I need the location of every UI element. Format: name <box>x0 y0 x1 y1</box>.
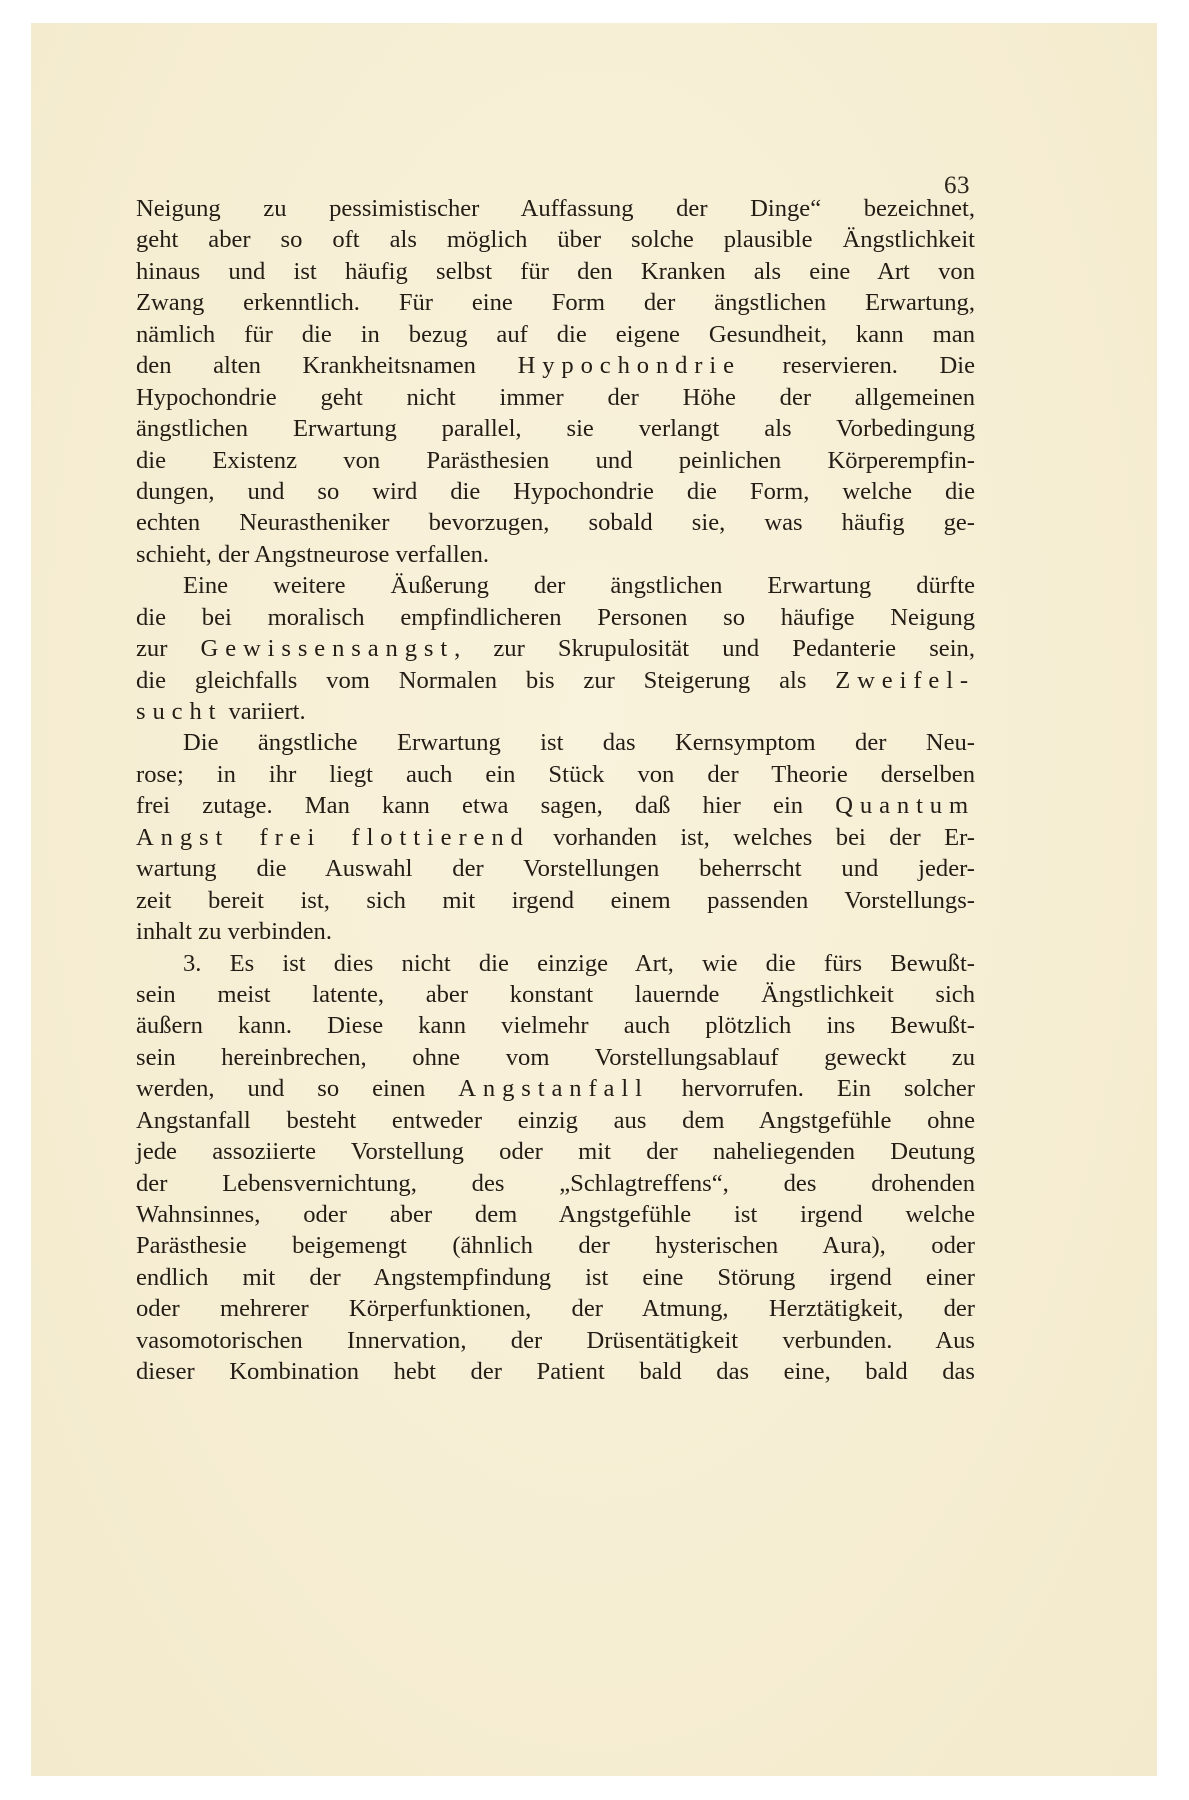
paragraph-4: 3. Es ist dies nicht die einzige Art, wi… <box>136 948 975 1388</box>
text-line: inhalt zu verbinden. <box>136 916 975 947</box>
paragraph-3: Die ängstliche Erwartung ist das Kernsym… <box>136 727 975 947</box>
emphasized-term: Hypochondrie <box>518 352 741 379</box>
text-line: nämlich für die in bezug auf die eigene … <box>136 319 975 350</box>
body-text: Neigung zu pessimistischer Auffassung de… <box>136 193 975 1388</box>
book-page: 63 Neigung zu pessimistischer Auffassung… <box>31 23 1157 1776</box>
paragraph-1: Neigung zu pessimistischer Auffassung de… <box>136 193 975 570</box>
text-line: geht aber so oft als möglich über solche… <box>136 224 975 255</box>
text-line: Die ängstliche Erwartung ist das Kernsym… <box>136 727 975 758</box>
text-line: der Lebensvernichtung, des „Schlagtreffe… <box>136 1168 975 1199</box>
text-run: vorhanden ist, welches bei der Er- <box>530 824 975 851</box>
text-run: reservieren. Die <box>741 352 975 379</box>
text-run: werden, und so einen <box>136 1075 458 1102</box>
text-line: werden, und so einen Angstanfall hervorr… <box>136 1073 975 1104</box>
text-line: echten Neurastheniker bevorzugen, sobald… <box>136 507 975 538</box>
paragraph-2: Eine weitere Äußerung der ängstlichen Er… <box>136 570 975 727</box>
text-line: Eine weitere Äußerung der ängstlichen Er… <box>136 570 975 601</box>
emphasized-term: Quantum <box>835 792 975 819</box>
text-line: sein meist latente, aber konstant lauern… <box>136 979 975 1010</box>
text-line: Wahnsinnes, oder aber dem Angstgefühle i… <box>136 1199 975 1230</box>
text-line: oder mehrerer Körperfunktionen, der Atmu… <box>136 1293 975 1324</box>
emphasized-term: Gewissensangst <box>201 635 455 662</box>
text-line: Neigung zu pessimistischer Auffassung de… <box>136 193 975 224</box>
text-line: Angstanfall besteht entweder einzig aus … <box>136 1105 975 1136</box>
text-line: äußern kann. Diese kann vielmehr auch pl… <box>136 1010 975 1041</box>
text-run: zur <box>136 635 201 662</box>
text-line: rose; in ihr liegt auch ein Stück von de… <box>136 759 975 790</box>
text-line: zeit bereit ist, sich mit irgend einem p… <box>136 885 975 916</box>
text-line: Hypochondrie geht nicht immer der Höhe d… <box>136 382 975 413</box>
text-run: frei zutage. Man kann etwa sagen, daß hi… <box>136 792 835 819</box>
text-line: zur Gewissensangst, zur Skrupulosität un… <box>136 633 975 664</box>
text-line: jede assoziierte Vorstellung oder mit de… <box>136 1136 975 1167</box>
text-line: sucht variiert. <box>136 696 975 727</box>
text-run: variiert. <box>222 698 305 725</box>
emphasized-term: Angstanfall <box>458 1075 649 1102</box>
text-line: Angst frei flottierend vorhanden ist, we… <box>136 822 975 853</box>
text-line: die bei moralisch empfindlicheren Person… <box>136 602 975 633</box>
text-run: , zur Skrupulosität und Pedanterie sein, <box>454 635 975 662</box>
text-line: Zwang erkenntlich. Für eine Form der äng… <box>136 287 975 318</box>
text-line: vasomotorischen Innervation, der Drüsent… <box>136 1325 975 1356</box>
text-line: hinaus und ist häufig selbst für den Kra… <box>136 256 975 287</box>
text-line: 3. Es ist dies nicht die einzige Art, wi… <box>136 948 975 979</box>
text-line: ängstlichen Erwartung parallel, sie verl… <box>136 413 975 444</box>
text-run: hervorrufen. Ein solcher <box>649 1075 975 1102</box>
text-line: Parästhesie beigemengt (ähnlich der hyst… <box>136 1230 975 1261</box>
text-line: die Existenz von Parästhesien und peinli… <box>136 445 975 476</box>
text-line: dungen, und so wird die Hypochondrie die… <box>136 476 975 507</box>
text-line: wartung die Auswahl der Vorstellungen be… <box>136 853 975 884</box>
text-line: den alten Krankheitsnamen Hypochondrie r… <box>136 350 975 381</box>
text-run: den alten Krankheitsnamen <box>136 352 518 379</box>
text-run: die gleichfalls vom Normalen bis zur Ste… <box>136 667 835 694</box>
emphasized-term: Zweifel- <box>835 667 975 694</box>
text-line: schieht, der Angstneurose verfallen. <box>136 539 975 570</box>
text-line: die gleichfalls vom Normalen bis zur Ste… <box>136 665 975 696</box>
text-line: endlich mit der Angstempfindung ist eine… <box>136 1262 975 1293</box>
emphasized-term: Angst frei flottierend <box>136 824 530 851</box>
text-line: frei zutage. Man kann etwa sagen, daß hi… <box>136 790 975 821</box>
emphasized-term: sucht <box>136 698 222 725</box>
text-line: dieser Kombination hebt der Patient bald… <box>136 1356 975 1387</box>
text-line: sein hereinbrechen, ohne vom Vorstellung… <box>136 1042 975 1073</box>
